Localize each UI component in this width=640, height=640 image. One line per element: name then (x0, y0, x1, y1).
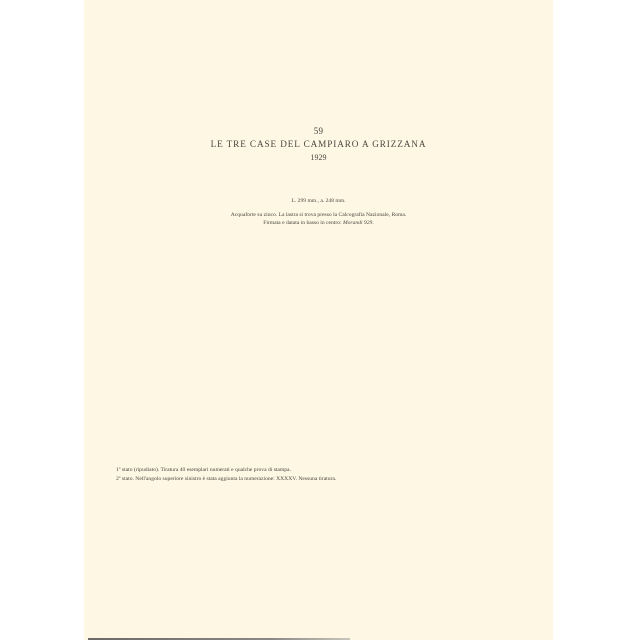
states-list: 1º stato (ripudiato). Tiratura 40 esempl… (116, 466, 336, 484)
artwork-dimensions: L. 299 mm., a. 248 mm. (84, 198, 553, 204)
state-item: 2º stato. Nell'angolo superiore sinistro… (116, 475, 336, 484)
signature-italic: Morandi 929 (343, 220, 372, 226)
artwork-title: LE TRE CASE DEL CAMPIARO A GRIZZANA (84, 139, 553, 149)
technique-line: Acquaforte su zinco. La lastra si trova … (84, 211, 553, 219)
artwork-year: 1929 (84, 153, 553, 162)
signature-suffix: . (372, 220, 373, 226)
state-item: 1º stato (ripudiato). Tiratura 40 esempl… (116, 466, 336, 475)
catalog-page: 59 LE TRE CASE DEL CAMPIARO A GRIZZANA 1… (84, 0, 553, 640)
signature-line: Firmata e datata in basso in centro: Mor… (84, 219, 553, 227)
plate-number: 59 (84, 126, 553, 136)
technique-block: Acquaforte su zinco. La lastra si trova … (84, 211, 553, 227)
signature-prefix: Firmata e datata in basso in centro: (263, 220, 343, 226)
